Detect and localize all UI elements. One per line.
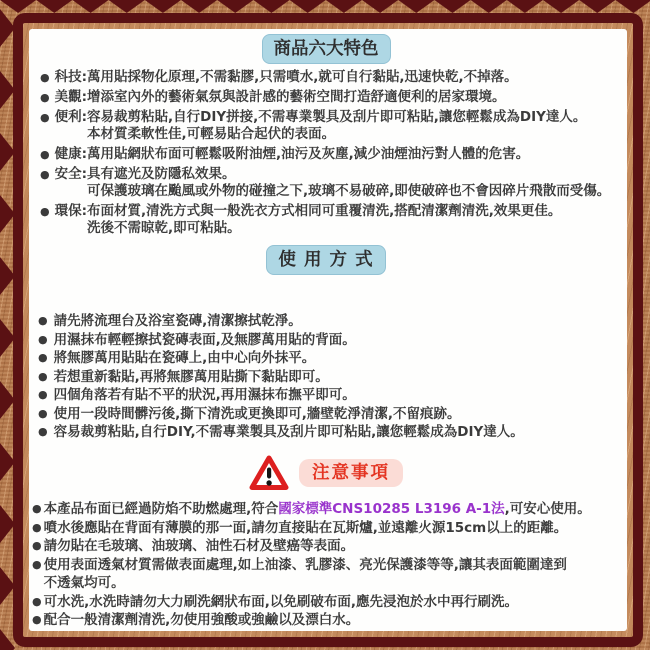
usage-text: 使用一段時間髒污後,撕下清洗或更換即可,牆壁乾淨清潔,不留痕跡。 xyxy=(54,405,461,423)
usage-text: 容易裁剪粘貼,自行DIY,不需專業製具及刮片即可粘貼,讓您輕鬆成為DIY達人。 xyxy=(54,423,524,441)
outer-frame: 商品六大特色 ● 科技: 萬用貼採物化原理,不需黏膠,只需噴水,就可自行黏貼,迅… xyxy=(13,13,643,647)
usage-text: 四個角落若有貼不平的狀況,再用濕抹布撫平即可。 xyxy=(54,386,356,404)
bullet-icon: ● xyxy=(38,349,48,367)
usage-text: 將無膠萬用貼貼在瓷磚上,由中心向外抹平。 xyxy=(54,349,316,367)
bullet-icon: ● xyxy=(40,146,50,163)
note-item: ● 請勿貼在毛玻璃、油玻璃、油性石材及壁癌等表面。 xyxy=(32,537,621,556)
notes-header: 注意事項 xyxy=(31,454,621,491)
usage-item: ● 若想重新黏貼,再將無膠萬用貼撕下黏貼即可。 xyxy=(38,368,621,386)
note-text: 配合一般清潔劑清洗,勿使用強酸或強鹼以及漂白水。 xyxy=(44,611,621,630)
usage-list: ● 請先將流理台及浴室瓷磚,清潔擦拭乾淨。 ● 用濕抹布輕輕擦拭瓷磚表面,及無膠… xyxy=(38,312,621,441)
note-text: 本產品布面已經過防焰不助燃處理,符合國家標準CNS10285 L3196 A-1… xyxy=(44,500,621,519)
page-background: 商品六大特色 ● 科技: 萬用貼採物化原理,不需黏膠,只需噴水,就可自行黏貼,迅… xyxy=(0,0,650,650)
note-item: ● 噴水後應貼在背面有薄膜的那一面,請勿直接貼在瓦斯爐,並遠離火源15cm以上的… xyxy=(32,519,621,538)
usage-text: 請先將流理台及浴室瓷磚,清潔擦拭乾淨。 xyxy=(54,312,302,330)
bullet-icon: ● xyxy=(32,593,42,612)
note-text: 使用表面透氣材質需做表面處理,如上油漆、乳膠漆、亮光保護漆等等,讓其表面範圍達到… xyxy=(44,556,621,593)
note-item: ● 使用表面透氣材質需做表面處理,如上油漆、乳膠漆、亮光保護漆等等,讓其表面範圍… xyxy=(32,556,621,593)
usage-item: ● 四個角落若有貼不平的狀況,再用濕抹布撫平即可。 xyxy=(38,386,621,404)
features-title-badge: 商品六大特色 xyxy=(262,34,391,64)
feature-text: 容易裁剪粘貼,自行DIY拼接,不需專業製具及刮片即可粘貼,讓您輕鬆成為DIY達人… xyxy=(87,109,621,143)
bullet-icon: ● xyxy=(40,89,50,106)
feature-label: 美觀: xyxy=(55,89,87,106)
bullet-icon: ● xyxy=(32,537,42,556)
feature-item: ● 美觀: 增添室內外的藝術氣氛與設計感的藝術空間打造舒適便利的居家環境。 xyxy=(40,89,621,106)
bullet-icon: ● xyxy=(32,611,42,630)
warning-icon xyxy=(249,455,289,491)
usage-item: ● 將無膠萬用貼貼在瓷磚上,由中心向外抹平。 xyxy=(38,349,621,367)
usage-item: ● 使用一段時間髒污後,撕下清洗或更換即可,牆壁乾淨清潔,不留痕跡。 xyxy=(38,405,621,423)
feature-text: 具有遮光及防隱私效果。 可保護玻璃在颱風或外物的碰撞之下,玻璃不易破碎,即使破碎… xyxy=(87,166,621,200)
feature-item: ● 便利: 容易裁剪粘貼,自行DIY拼接,不需專業製具及刮片即可粘貼,讓您輕鬆成… xyxy=(40,109,621,143)
usage-item: ● 用濕抹布輕輕擦拭瓷磚表面,及無膠萬用貼的背面。 xyxy=(38,331,621,349)
note-text: 可水洗,水洗時請勿大力刷洗網狀布面,以免刷破布面,應先浸泡於水中再行刷洗。 xyxy=(44,593,621,612)
top-zigzag-border xyxy=(0,0,650,14)
feature-text: 增添室內外的藝術氣氛與設計感的藝術空間打造舒適便利的居家環境。 xyxy=(87,89,621,106)
usage-item: ● 容易裁剪粘貼,自行DIY,不需專業製具及刮片即可粘貼,讓您輕鬆成為DIY達人… xyxy=(38,423,621,441)
usage-text: 若想重新黏貼,再將無膠萬用貼撕下黏貼即可。 xyxy=(54,368,329,386)
note-text: 噴水後應貼在背面有薄膜的那一面,請勿直接貼在瓦斯爐,並遠離火源15cm以上的距離… xyxy=(44,519,621,538)
feature-label: 環保: xyxy=(55,203,87,237)
usage-title-badge: 使 用 方 式 xyxy=(266,245,385,275)
note-text-pre: 本產品布面已經過防焰不助燃處理,符合 xyxy=(44,501,279,517)
bullet-icon: ● xyxy=(38,312,48,330)
bullet-icon: ● xyxy=(40,109,50,126)
feature-item: ● 環保: 布面材質,清洗方式與一般洗衣方式相同可重覆清洗,搭配清潔劑清洗,效果… xyxy=(40,203,621,237)
bullet-icon: ● xyxy=(38,386,48,404)
feature-item: ● 科技: 萬用貼採物化原理,不需黏膠,只需噴水,就可自行黏貼,迅速快乾,不掉落… xyxy=(40,69,621,86)
usage-item: ● 請先將流理台及浴室瓷磚,清潔擦拭乾淨。 xyxy=(38,312,621,330)
feature-label: 便利: xyxy=(55,109,87,143)
feature-text: 萬用貼採物化原理,不需黏膠,只需噴水,就可自行黏貼,迅速快乾,不掉落。 xyxy=(87,69,621,86)
bullet-icon: ● xyxy=(38,423,48,441)
feature-item: ● 健康: 萬用貼網狀布面可輕鬆吸附油煙,油污及灰塵,減少油煙油污對人體的危害。 xyxy=(40,146,621,163)
bullet-icon: ● xyxy=(40,166,50,183)
note-standard-highlight: 國家標準CNS10285 L3196 A-1法 xyxy=(278,501,504,517)
bullet-icon: ● xyxy=(38,405,48,423)
bullet-icon: ● xyxy=(38,331,48,349)
bullet-icon: ● xyxy=(40,203,50,220)
feature-label: 健康: xyxy=(55,146,87,163)
bullet-icon: ● xyxy=(38,368,48,386)
note-item: ● 本產品布面已經過防焰不助燃處理,符合國家標準CNS10285 L3196 A… xyxy=(32,500,621,519)
note-item: ● 配合一般清潔劑清洗,勿使用強酸或強鹼以及漂白水。 xyxy=(32,611,621,630)
note-text-post: ,可安心使用。 xyxy=(505,501,591,517)
notes-title-badge: 注意事項 xyxy=(299,459,403,487)
bullet-icon: ● xyxy=(32,519,42,538)
features-list: ● 科技: 萬用貼採物化原理,不需黏膠,只需噴水,就可自行黏貼,迅速快乾,不掉落… xyxy=(40,69,621,237)
feature-text: 布面材質,清洗方式與一般洗衣方式相同可重覆清洗,搭配清潔劑清洗,效果更佳。 洗後… xyxy=(87,203,621,237)
note-item: ● 可水洗,水洗時請勿大力刷洗網狀布面,以免刷破布面,應先浸泡於水中再行刷洗。 xyxy=(32,593,621,612)
note-text: 請勿貼在毛玻璃、油玻璃、油性石材及壁癌等表面。 xyxy=(44,537,621,556)
usage-text: 用濕抹布輕輕擦拭瓷磚表面,及無膠萬用貼的背面。 xyxy=(54,331,356,349)
bullet-icon: ● xyxy=(40,69,50,86)
feature-item: ● 安全: 具有遮光及防隱私效果。 可保護玻璃在颱風或外物的碰撞之下,玻璃不易破… xyxy=(40,166,621,200)
feature-label: 科技: xyxy=(55,69,87,86)
content-panel: 商品六大特色 ● 科技: 萬用貼採物化原理,不需黏膠,只需噴水,就可自行黏貼,迅… xyxy=(29,29,627,631)
bullet-icon: ● xyxy=(32,500,42,519)
feature-text: 萬用貼網狀布面可輕鬆吸附油煙,油污及灰塵,減少油煙油污對人體的危害。 xyxy=(87,146,621,163)
bullet-icon: ● xyxy=(32,556,42,575)
notes-list: ● 本產品布面已經過防焰不助燃處理,符合國家標準CNS10285 L3196 A… xyxy=(32,500,621,630)
feature-label: 安全: xyxy=(55,166,87,200)
